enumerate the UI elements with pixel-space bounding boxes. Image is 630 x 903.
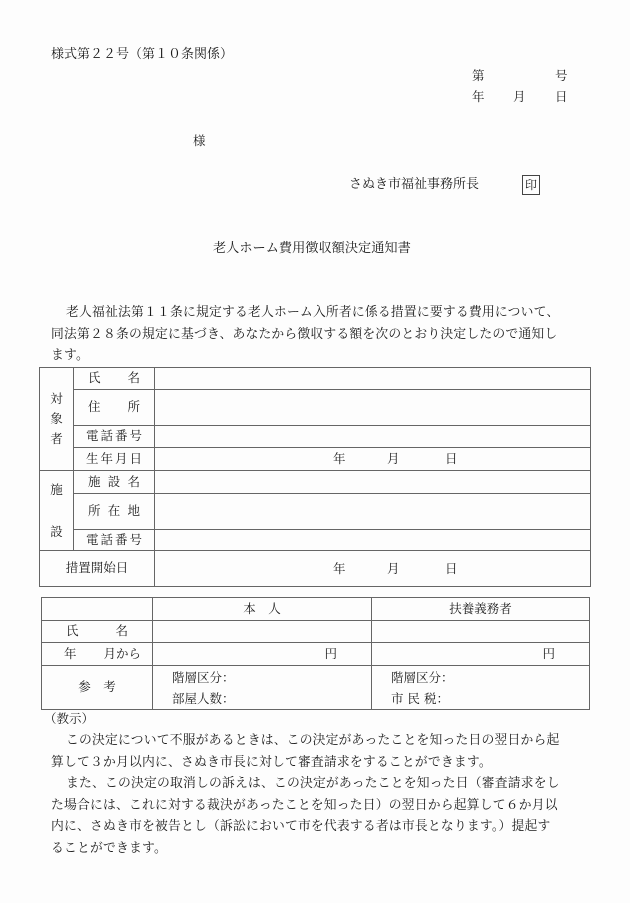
supporter-municipal-tax-label: 市 民 税： (391, 688, 589, 709)
supporter-amount-field[interactable]: 円 (372, 643, 590, 666)
reference-label: 参 考 (42, 666, 153, 710)
start-date-label: 措置開始日 (40, 551, 155, 587)
facility-location-label: 所在地 (74, 494, 155, 530)
notice-p1-line-1: この決定について不服があるときは、この決定があったことを知った日の翌日から起 (66, 733, 560, 748)
start-date-year-label: 年 (333, 562, 346, 575)
intro-line-3: ます。 (51, 345, 591, 367)
address-field[interactable] (155, 390, 591, 426)
self-tier-label: 階層区分： (172, 667, 371, 688)
facility-phone-field[interactable] (155, 530, 591, 551)
seal-stamp-box: 印 (522, 175, 540, 195)
self-name-field[interactable] (153, 621, 372, 643)
date-year-label: 年 (472, 91, 485, 104)
supporter-reference-cell: 階層区分： 市 民 税： (372, 666, 590, 710)
facility-group-label: 施 設 (40, 471, 74, 551)
facility-name-label: 施設名 (74, 471, 155, 494)
phone-field[interactable] (155, 426, 591, 448)
intro-line-1: 老人福祉法第１１条に規定する老人ホーム入所者に係る措置に要する費用について、 (66, 305, 559, 320)
date-day-label: 日 (555, 91, 568, 104)
doc-number-suffix: 号 (555, 70, 568, 83)
notice-p2-line-4: ることができます。 (51, 838, 591, 860)
supporter-tier-label: 階層区分： (391, 667, 589, 688)
notice-p1-line-2: 算して３か月以内に、さぬき市長に対して審査請求をすることができます。 (51, 752, 591, 774)
birthdate-year-label: 年 (333, 453, 346, 466)
name-field[interactable] (155, 368, 591, 390)
fee-table-corner (42, 598, 153, 621)
recipient-honorific: 様 (193, 135, 206, 148)
document-title: 老人ホーム費用徴収額決定通知書 (213, 242, 411, 255)
fee-table: 本 人 扶養義務者 氏名 年月から 円 円 参 考 階層区分： 部屋人数： 階層… (41, 597, 590, 710)
notice-heading: （教示） (44, 713, 94, 726)
birthdate-month-label: 月 (387, 453, 400, 466)
facility-location-field[interactable] (155, 494, 591, 530)
notice-paragraphs: この決定について不服があるときは、この決定があったことを知った日の翌日から起 算… (51, 730, 591, 859)
facility-phone-label: 電話番号 (74, 530, 155, 551)
birthdate-field[interactable]: 年 月 日 (155, 448, 591, 471)
notice-p2-line-3: 内に、さぬき市を被告とし（訴訟において市を代表する者は市長となります。）提起す (51, 816, 591, 838)
self-room-count-label: 部屋人数： (172, 688, 371, 709)
supporter-name-field[interactable] (372, 621, 590, 643)
address-label: 住所 (74, 390, 155, 426)
fee-name-label: 氏名 (42, 621, 153, 643)
phone-label: 電話番号 (74, 426, 155, 448)
start-date-month-label: 月 (387, 562, 400, 575)
date-month-label: 月 (513, 91, 526, 104)
name-label: 氏名 (74, 368, 155, 390)
notice-p2-line-1: また、この決定の取消しの訴えは、この決定があったことを知った日（審査請求をし (66, 776, 560, 791)
form-number: 様式第２２号（第１０条関係） (51, 48, 233, 61)
birthdate-label: 生年月日 (74, 448, 155, 471)
self-amount-field[interactable]: 円 (153, 643, 372, 666)
birthdate-day-label: 日 (445, 453, 458, 466)
self-column-header: 本 人 (153, 598, 372, 621)
intro-paragraph: 老人福祉法第１１条に規定する老人ホーム入所者に係る措置に要する費用について、 同… (51, 302, 591, 367)
notice-p2-line-2: た場合には、これに対する裁決があったことを知った日）の翌日から起算して６か月以 (51, 795, 591, 817)
supporter-column-header: 扶養義務者 (372, 598, 590, 621)
start-date-day-label: 日 (445, 562, 458, 575)
start-date-field[interactable]: 年 月 日 (155, 551, 591, 587)
from-month-label: 年月から (42, 643, 153, 666)
self-reference-cell: 階層区分： 部屋人数： (153, 666, 372, 710)
facility-name-field[interactable] (155, 471, 591, 494)
subject-group-label: 対 象 者 (40, 368, 74, 471)
intro-line-2: 同法第２８条の規定に基づき、あなたから徴収する額を次のとおり決定したので通知し (51, 324, 591, 346)
self-yen-unit: 円 (324, 646, 337, 661)
doc-number-prefix: 第 (472, 70, 485, 83)
issuer-name: さぬき市福祉事務所長 (349, 178, 479, 191)
subject-facility-table: 対 象 者 氏名 住所 電話番号 生年月日 年 月 日 施 設 施設名 所在地 (39, 367, 591, 587)
supporter-yen-unit: 円 (542, 646, 555, 661)
